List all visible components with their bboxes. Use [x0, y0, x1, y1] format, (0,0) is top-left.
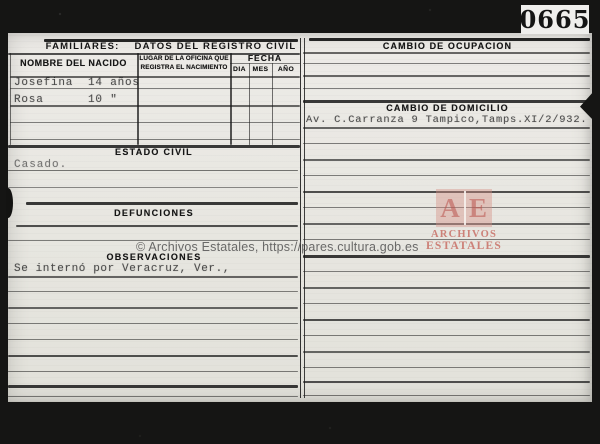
dia-column-header: DIA — [230, 66, 249, 73]
grid-line — [137, 53, 139, 145]
logo-text-estatales: ESTATALES — [425, 240, 503, 252]
rule-line — [303, 287, 590, 289]
rule-line — [10, 139, 300, 140]
card-header: FAMILIARES: DATOS DEL REGISTRO CIVIL — [44, 41, 298, 52]
rule-line — [8, 187, 298, 188]
rule-line — [303, 319, 590, 321]
rule-line — [230, 63, 300, 64]
observaciones-value: Se internó por Veracruz, Ver., — [14, 263, 230, 275]
mes-column-header: MES — [249, 66, 272, 73]
rule-line — [303, 88, 590, 89]
rule-line — [8, 291, 298, 292]
page-number-badge: 0665 — [521, 5, 589, 34]
archivos-estatales-logo: A E ARCHIVOS ESTATALES — [425, 189, 503, 252]
rule-line — [309, 38, 590, 41]
logo-letter-a: A — [436, 189, 464, 227]
defunciones-title: DEFUNCIONES — [8, 208, 300, 218]
grid-line — [249, 63, 250, 145]
rule-line — [10, 88, 300, 89]
grid-line — [230, 53, 232, 145]
familiares-label: FAMILIARES: — [46, 41, 120, 52]
registro-civil-title: DATOS DEL REGISTRO CIVIL — [135, 41, 297, 52]
lugar-header-line1: LUGAR DE LA OFICINA QUE — [139, 55, 229, 64]
rule-line — [303, 75, 590, 77]
cambio-domicilio-title: CAMBIO DE DOMICILIO — [303, 103, 592, 113]
lugar-header-line2: REGISTRA EL NACIMIENTO — [139, 64, 229, 73]
rule-line — [10, 122, 300, 123]
rule-line — [303, 303, 590, 304]
rule-line — [8, 355, 298, 357]
rule-line — [44, 39, 298, 42]
rule-line — [26, 202, 298, 205]
left-section: FAMILIARES: DATOS DEL REGISTRO CIVIL NOM… — [8, 33, 300, 402]
rule-line — [10, 105, 300, 107]
lugar-column-header: LUGAR DE LA OFICINA QUE REGISTRA EL NACI… — [139, 55, 229, 72]
rule-line — [8, 323, 298, 324]
rule-line — [8, 371, 298, 372]
logo-square: A E — [436, 189, 492, 227]
rule-line — [8, 53, 300, 55]
rule-line — [8, 170, 298, 171]
rule-line — [303, 127, 590, 129]
rule-line — [16, 225, 298, 227]
estado-civil-title: ESTADO CIVIL — [8, 147, 300, 157]
logo-letter-e: E — [464, 189, 492, 227]
rule-line — [8, 339, 298, 340]
rule-line — [8, 396, 298, 397]
rule-line — [303, 381, 590, 383]
scan-backdrop: 0665 FAMILIARES: DATOS DEL REGISTRO CIVI… — [0, 0, 600, 444]
rule-line — [303, 143, 590, 144]
rule-line — [303, 175, 590, 176]
grid-line — [10, 53, 11, 145]
rule-line — [303, 63, 590, 64]
logo-divider — [464, 191, 466, 225]
rule-line — [303, 159, 590, 161]
grid-line — [272, 63, 273, 145]
rule-line — [8, 385, 298, 388]
cambio-domicilio-value: Av. C.Carranza 9 Tampico,Tamps.XI/2/932. — [306, 114, 587, 126]
rule-line — [303, 395, 590, 396]
cambio-ocupacion-title: CAMBIO DE OCUPACION — [303, 41, 592, 51]
ano-column-header: AÑO — [272, 66, 300, 73]
rule-line — [8, 145, 300, 148]
nombre-column-header: NOMBRE DEL NACIDO — [10, 58, 137, 68]
rule-line — [303, 367, 590, 368]
page-number: 0665 — [520, 5, 591, 34]
rule-line — [303, 52, 590, 54]
rule-line — [303, 100, 590, 103]
rule-line — [303, 351, 590, 353]
rule-line — [10, 76, 300, 78]
rule-line — [8, 276, 298, 278]
registro-card: FAMILIARES: DATOS DEL REGISTRO CIVIL NOM… — [8, 33, 592, 402]
watermark-text: © Archivos Estatales, https://pares.cult… — [136, 240, 436, 254]
logo-text-archivos: ARCHIVOS — [425, 229, 503, 240]
rule-line — [8, 307, 298, 309]
rule-line — [303, 255, 590, 258]
rule-line — [303, 271, 590, 272]
rule-line — [303, 335, 590, 336]
